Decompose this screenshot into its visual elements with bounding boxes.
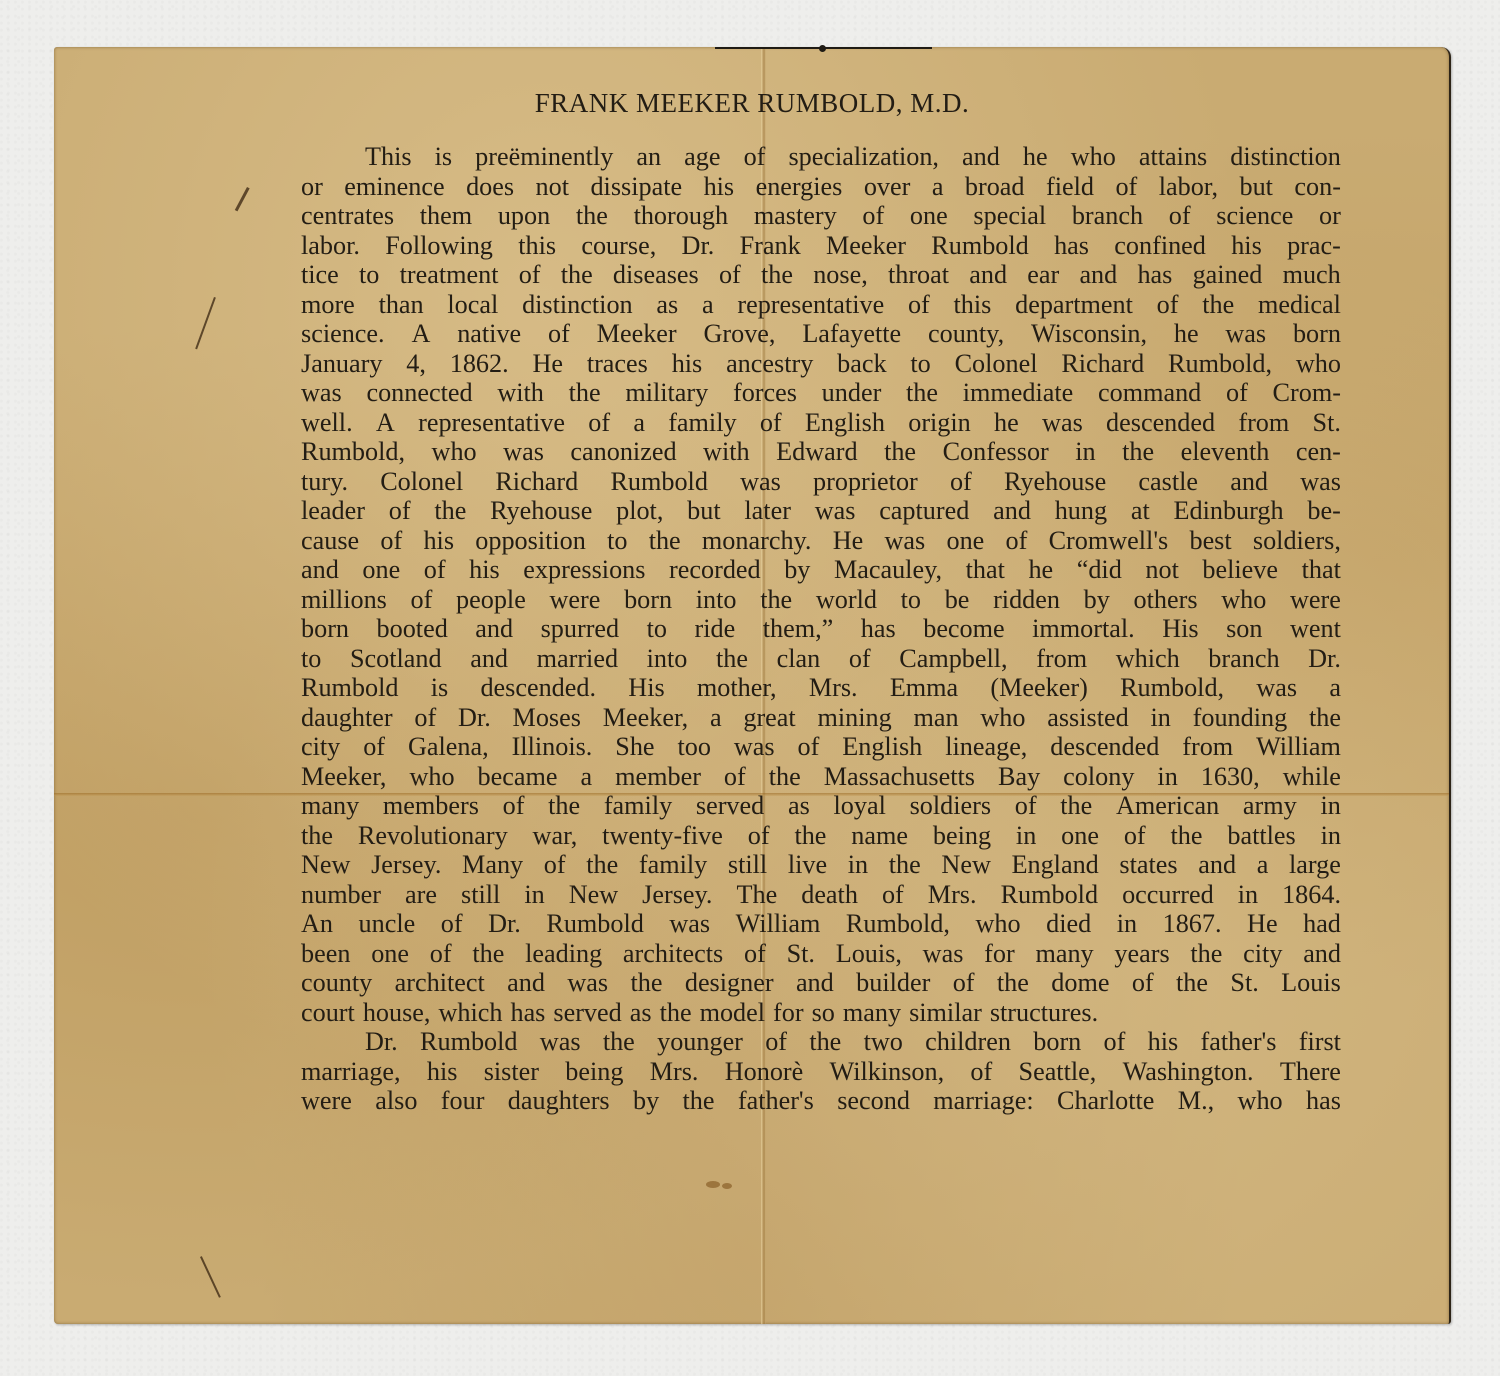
word: model bbox=[700, 998, 765, 1028]
word: and bbox=[301, 555, 339, 585]
text-line: courthouse,whichhasservedasthemodelforso… bbox=[301, 998, 1341, 1028]
word: the bbox=[1190, 939, 1222, 969]
word: a bbox=[1329, 673, 1341, 703]
word: for bbox=[773, 998, 804, 1028]
word: Ryehouse bbox=[1004, 467, 1106, 497]
word: born bbox=[624, 585, 672, 615]
word: the bbox=[569, 378, 601, 408]
word: Revolutionary bbox=[358, 821, 508, 851]
word: Seattle, bbox=[1019, 1057, 1097, 1087]
scratch-mark bbox=[200, 1256, 221, 1298]
word: the bbox=[716, 644, 748, 674]
word: back bbox=[837, 349, 886, 379]
word: died bbox=[1046, 909, 1091, 939]
text-line: Meeker,whobecameamemberoftheMassachusett… bbox=[301, 762, 1341, 792]
word: from bbox=[1182, 732, 1233, 762]
word: as bbox=[630, 998, 652, 1028]
word: the bbox=[649, 526, 681, 556]
text-line: bornbootedandspurredtoridethem,”hasbecom… bbox=[301, 614, 1341, 644]
word: death bbox=[801, 880, 858, 910]
word: for bbox=[984, 939, 1015, 969]
word: (Meeker) bbox=[990, 673, 1087, 703]
word: An bbox=[301, 909, 333, 939]
word: being bbox=[933, 821, 991, 851]
word: descended bbox=[1050, 732, 1159, 762]
word: occurred bbox=[1122, 880, 1214, 910]
word: at bbox=[1131, 496, 1150, 526]
word: centrates bbox=[301, 201, 394, 231]
word: was bbox=[885, 526, 926, 556]
word: to bbox=[910, 349, 930, 379]
word: in bbox=[1321, 821, 1341, 851]
word: in bbox=[524, 880, 544, 910]
word: founding bbox=[1193, 703, 1288, 733]
word: Following bbox=[385, 231, 493, 261]
word: were bbox=[1290, 585, 1341, 615]
text-line: labor.Followingthiscourse,Dr.FrankMeeker… bbox=[301, 231, 1341, 261]
word: the bbox=[1122, 437, 1154, 467]
word: representative bbox=[737, 290, 884, 320]
word: many bbox=[301, 791, 359, 821]
word: forces bbox=[733, 378, 797, 408]
word: man bbox=[913, 703, 958, 733]
word: and bbox=[1198, 850, 1236, 880]
word: battles bbox=[1227, 821, 1295, 851]
word: this bbox=[518, 231, 556, 261]
word: Meeker, bbox=[301, 762, 386, 792]
word: his bbox=[672, 349, 703, 379]
word: a bbox=[581, 762, 593, 792]
word: of bbox=[1169, 201, 1191, 231]
word: the bbox=[906, 378, 938, 408]
word: The bbox=[736, 880, 777, 910]
word: served bbox=[696, 791, 764, 821]
word: a bbox=[710, 703, 722, 733]
word: large bbox=[1289, 850, 1341, 880]
word: England bbox=[1012, 850, 1099, 880]
word: diseases bbox=[613, 260, 699, 290]
word: Rumbold bbox=[301, 673, 399, 703]
word: daughters bbox=[508, 1086, 610, 1116]
word: Richard bbox=[1061, 349, 1144, 379]
word: of bbox=[950, 467, 972, 497]
word: treatment bbox=[400, 260, 499, 290]
word: by bbox=[1084, 585, 1110, 615]
word: leader bbox=[301, 496, 365, 526]
text-line: morethanlocaldistinctionasarepresentativ… bbox=[301, 290, 1341, 320]
word: eminence bbox=[344, 172, 444, 202]
word: mother, bbox=[697, 673, 777, 703]
word: in bbox=[1016, 821, 1036, 851]
word: in bbox=[1320, 791, 1340, 821]
word: and bbox=[1230, 467, 1268, 497]
word: his bbox=[469, 555, 500, 585]
word: upon bbox=[498, 201, 550, 231]
word: as bbox=[656, 290, 678, 320]
word: of bbox=[430, 939, 452, 969]
word: the bbox=[889, 850, 921, 880]
word: labor. bbox=[301, 231, 360, 261]
word: in bbox=[1075, 437, 1095, 467]
word: branch bbox=[1072, 201, 1143, 231]
word: but bbox=[1239, 172, 1272, 202]
word: colony bbox=[1063, 762, 1134, 792]
word: from bbox=[1036, 644, 1087, 674]
text-line: toScotlandandmarriedintotheclanofCampbel… bbox=[301, 644, 1341, 674]
word: His bbox=[1162, 614, 1198, 644]
word: throat bbox=[888, 260, 949, 290]
text-line: well.ArepresentativeofafamilyofEnglishor… bbox=[301, 408, 1341, 438]
word: a bbox=[633, 408, 645, 438]
word: has bbox=[510, 998, 545, 1028]
word: dome bbox=[1051, 968, 1109, 998]
word: of bbox=[724, 762, 746, 792]
word: M., bbox=[1178, 1086, 1214, 1116]
word: name bbox=[851, 821, 908, 851]
word: father's bbox=[1201, 1027, 1277, 1057]
word: Ryehouse bbox=[490, 496, 592, 526]
word: first bbox=[1299, 1027, 1341, 1057]
word: into bbox=[696, 585, 737, 615]
word: the bbox=[434, 496, 466, 526]
word: marriage: bbox=[933, 1086, 1033, 1116]
word: the bbox=[1060, 791, 1092, 821]
word: of bbox=[380, 526, 402, 556]
word: was bbox=[301, 378, 342, 408]
word: Rumbold, bbox=[1120, 673, 1224, 703]
word: Mrs. bbox=[809, 673, 858, 703]
word: descended. bbox=[480, 673, 596, 703]
word: to bbox=[647, 614, 667, 644]
word: that bbox=[1302, 555, 1341, 585]
word: of bbox=[389, 496, 411, 526]
text-line: Dr.Rumboldwastheyoungerofthetwochildrenb… bbox=[301, 1027, 1341, 1057]
word: who bbox=[1238, 1086, 1283, 1116]
text-line: causeofhisoppositiontothemonarchy.Hewaso… bbox=[301, 526, 1341, 556]
word: Confessor bbox=[943, 437, 1049, 467]
word: of bbox=[970, 1057, 992, 1087]
word: of bbox=[862, 201, 884, 231]
word: was bbox=[1256, 673, 1297, 703]
word: A bbox=[411, 319, 430, 349]
word: the bbox=[472, 939, 504, 969]
word: the bbox=[660, 998, 692, 1028]
text-line: AnuncleofDr.RumboldwasWilliamRumbold,who… bbox=[301, 909, 1341, 939]
word: of bbox=[519, 260, 541, 290]
text-line: beenoneoftheleadingarchitectsofSt.Louis,… bbox=[301, 939, 1341, 969]
word: with bbox=[703, 437, 750, 467]
word: Meeker bbox=[826, 231, 906, 261]
word: booted bbox=[377, 614, 448, 644]
word: branch bbox=[1208, 644, 1279, 674]
word: the bbox=[809, 1027, 841, 1057]
word: labor, bbox=[1159, 172, 1218, 202]
word: of bbox=[953, 968, 975, 998]
word: his bbox=[427, 1057, 458, 1087]
word: sister bbox=[484, 1057, 539, 1087]
word: four bbox=[441, 1086, 485, 1116]
word: great bbox=[743, 703, 795, 733]
word: and bbox=[1079, 260, 1117, 290]
word: are bbox=[405, 880, 437, 910]
word: marriage, bbox=[301, 1057, 401, 1087]
word: spurred bbox=[541, 614, 620, 644]
text-line: NewJersey.ManyofthefamilystillliveintheN… bbox=[301, 850, 1341, 880]
word: Macauley, bbox=[834, 555, 942, 585]
word: uncle bbox=[359, 909, 416, 939]
word: children bbox=[925, 1027, 1011, 1057]
text-line: tury.ColonelRichardRumboldwasproprietoro… bbox=[301, 467, 1341, 497]
word: Rumbold, bbox=[1168, 349, 1272, 379]
word: of bbox=[882, 880, 904, 910]
word: of bbox=[908, 290, 930, 320]
word: native bbox=[457, 319, 521, 349]
word: ear bbox=[1027, 260, 1059, 290]
word: Louis, bbox=[836, 939, 902, 969]
word: of bbox=[798, 732, 820, 762]
word: who bbox=[432, 437, 477, 467]
word: the bbox=[301, 821, 333, 851]
word: was bbox=[740, 467, 781, 497]
word: to bbox=[607, 526, 627, 556]
word: of bbox=[1006, 526, 1028, 556]
word: science. bbox=[301, 319, 385, 349]
word: a bbox=[1257, 850, 1269, 880]
word: military bbox=[625, 378, 708, 408]
word: similar bbox=[909, 998, 982, 1028]
word: born bbox=[1033, 1027, 1081, 1057]
word: mining bbox=[817, 703, 891, 733]
word: married bbox=[537, 644, 618, 674]
word: was bbox=[923, 939, 964, 969]
word: the bbox=[603, 1027, 635, 1057]
word: more bbox=[301, 290, 355, 320]
word: Rumbold bbox=[546, 909, 644, 939]
word: be bbox=[945, 585, 970, 615]
word: was bbox=[540, 1027, 581, 1057]
word: an bbox=[636, 142, 661, 172]
word: William bbox=[1256, 732, 1341, 762]
document-body: Thisispreëminentlyanageofspecialization,… bbox=[301, 142, 1341, 1116]
word: recorded bbox=[669, 555, 761, 585]
word: Richard bbox=[495, 467, 578, 497]
word: Campbell, bbox=[899, 644, 1007, 674]
word: years bbox=[1114, 939, 1169, 969]
word: father's bbox=[738, 1086, 814, 1116]
word: in bbox=[1150, 703, 1170, 733]
text-line: oreminencedoesnotdissipatehisenergiesove… bbox=[301, 172, 1341, 202]
word: had bbox=[1303, 909, 1341, 939]
word: he bbox=[1174, 319, 1199, 349]
word: family bbox=[604, 791, 672, 821]
word: eleventh bbox=[1181, 437, 1270, 467]
word: local bbox=[447, 290, 498, 320]
word: of bbox=[1226, 378, 1248, 408]
word: and bbox=[475, 614, 513, 644]
word: many bbox=[1035, 939, 1093, 969]
word: of bbox=[588, 408, 610, 438]
text-line: werealsofourdaughtersbythefather'ssecond… bbox=[301, 1086, 1341, 1116]
word: St. bbox=[1313, 408, 1341, 438]
word: 1867. bbox=[1163, 909, 1222, 939]
word: war, bbox=[533, 821, 578, 851]
word: Rumbold bbox=[931, 231, 1029, 261]
word: Colonel bbox=[380, 467, 463, 497]
word: which bbox=[1116, 644, 1180, 674]
word: connected bbox=[366, 378, 472, 408]
word: distinction bbox=[522, 290, 633, 320]
stain-mark bbox=[706, 1181, 720, 1188]
word: the bbox=[760, 585, 792, 615]
word: the bbox=[683, 1086, 715, 1116]
word: of bbox=[441, 909, 463, 939]
word: He bbox=[833, 526, 864, 556]
word: family bbox=[668, 408, 736, 438]
word: Meeker, bbox=[603, 703, 688, 733]
word: Meeker bbox=[597, 319, 677, 349]
word: tice bbox=[301, 260, 339, 290]
word: Lafayette bbox=[802, 319, 901, 349]
word: Galena, bbox=[408, 732, 489, 762]
word: of bbox=[765, 1027, 787, 1057]
word: who bbox=[980, 703, 1025, 733]
word: many bbox=[843, 998, 901, 1028]
word: his bbox=[1148, 1027, 1179, 1057]
word: millions bbox=[301, 585, 387, 615]
word: Dr. bbox=[682, 231, 715, 261]
word: city bbox=[301, 732, 340, 762]
text-line: Rumboldisdescended.Hismother,Mrs.Emma(Me… bbox=[301, 673, 1341, 703]
word: not bbox=[1145, 555, 1178, 585]
word: and bbox=[1303, 939, 1341, 969]
word: so bbox=[812, 998, 835, 1028]
word: was bbox=[503, 437, 544, 467]
word: being bbox=[565, 1057, 623, 1087]
text-line: marriage,hissisterbeingMrs.HonorèWilkins… bbox=[301, 1057, 1341, 1087]
word: in bbox=[1117, 909, 1137, 939]
word: and bbox=[962, 142, 1000, 172]
word: of bbox=[1124, 821, 1146, 851]
word: went bbox=[1290, 614, 1341, 644]
word: command bbox=[1098, 378, 1201, 408]
word: born bbox=[1293, 319, 1341, 349]
word: assisted bbox=[1047, 703, 1128, 733]
word: immortal. bbox=[1032, 614, 1135, 644]
word: younger bbox=[657, 1027, 743, 1057]
word: states bbox=[1119, 850, 1177, 880]
word: loyal bbox=[833, 791, 885, 821]
word: 1862. bbox=[450, 349, 509, 379]
word: New bbox=[569, 880, 618, 910]
document-title: FRANK MEEKER RUMBOLD, M.D. bbox=[535, 88, 970, 119]
word: was bbox=[815, 496, 856, 526]
word: the bbox=[630, 968, 662, 998]
text-line: centratesthemuponthethoroughmasteryofone… bbox=[301, 201, 1341, 231]
word: distinction bbox=[1230, 142, 1341, 172]
word: Cromwell's bbox=[1049, 526, 1169, 556]
word: architects bbox=[623, 939, 723, 969]
word: There bbox=[1280, 1057, 1341, 1087]
word: ride bbox=[695, 614, 736, 644]
text-line: leaderoftheRyehouseplot,butlaterwascaptu… bbox=[301, 496, 1341, 526]
word: number bbox=[301, 880, 381, 910]
word: St. bbox=[1230, 968, 1258, 998]
word: or bbox=[1319, 201, 1341, 231]
word: descended bbox=[1106, 408, 1215, 438]
word: his bbox=[1231, 231, 1262, 261]
text-line: Thisispreëminentlyanageofspecialization,… bbox=[301, 142, 1341, 172]
word: specialization, bbox=[788, 142, 939, 172]
word: well. bbox=[301, 408, 353, 438]
word: course, bbox=[581, 231, 656, 261]
word: son bbox=[1226, 614, 1262, 644]
word: traces bbox=[587, 349, 648, 379]
word: from bbox=[1238, 408, 1289, 438]
word: Charlotte bbox=[1057, 1086, 1154, 1116]
text-line: Rumbold,whowascanonizedwithEdwardtheConf… bbox=[301, 437, 1341, 467]
word: Wisconsin, bbox=[1031, 319, 1147, 349]
word: who bbox=[1296, 349, 1341, 379]
word: was bbox=[669, 909, 710, 939]
word: dissipate bbox=[590, 172, 682, 202]
word: a bbox=[702, 290, 714, 320]
word: one bbox=[362, 555, 400, 585]
word: be- bbox=[1307, 496, 1340, 526]
word: 1630, bbox=[1201, 762, 1260, 792]
word: still bbox=[728, 850, 767, 880]
word: were bbox=[550, 585, 601, 615]
word: structures. bbox=[990, 998, 1098, 1028]
word: than bbox=[379, 290, 424, 320]
word: was bbox=[734, 732, 775, 762]
text-line: andoneofhisexpressionsrecordedbyMacauley… bbox=[301, 555, 1341, 585]
word: were bbox=[301, 1086, 352, 1116]
word: one bbox=[1061, 821, 1099, 851]
word: 1864. bbox=[1282, 880, 1341, 910]
word: origin bbox=[908, 408, 971, 438]
word: Edinburgh bbox=[1174, 496, 1284, 526]
word: monarchy. bbox=[702, 526, 812, 556]
word: a bbox=[932, 172, 944, 202]
word: Edward bbox=[776, 437, 857, 467]
text-line: wasconnectedwiththemilitaryforcesunderth… bbox=[301, 378, 1341, 408]
word: builder bbox=[856, 968, 930, 998]
text-line: manymembersofthefamilyservedasloyalsoldi… bbox=[301, 791, 1341, 821]
word: of bbox=[1157, 290, 1179, 320]
word: in bbox=[848, 850, 868, 880]
word: Moses bbox=[513, 703, 581, 733]
word: con- bbox=[1294, 172, 1341, 202]
word: of bbox=[424, 555, 446, 585]
text-line: science.AnativeofMeekerGrove,Lafayetteco… bbox=[301, 319, 1341, 349]
word: 4, bbox=[406, 349, 426, 379]
word: house, bbox=[363, 998, 431, 1028]
word: English bbox=[805, 408, 885, 438]
word: tury. bbox=[301, 467, 348, 497]
word: which bbox=[438, 998, 502, 1028]
word: confined bbox=[1114, 231, 1206, 261]
word: department bbox=[1015, 290, 1133, 320]
word: of bbox=[1115, 172, 1137, 202]
word: the bbox=[576, 201, 608, 231]
word: Dr. bbox=[365, 1027, 398, 1057]
word: and bbox=[796, 968, 834, 998]
word: he bbox=[1023, 142, 1048, 172]
text-line: countyarchitectandwasthedesignerandbuild… bbox=[301, 968, 1341, 998]
word: He bbox=[1247, 909, 1278, 939]
word: ancestry bbox=[726, 349, 813, 379]
word: family bbox=[639, 850, 707, 880]
